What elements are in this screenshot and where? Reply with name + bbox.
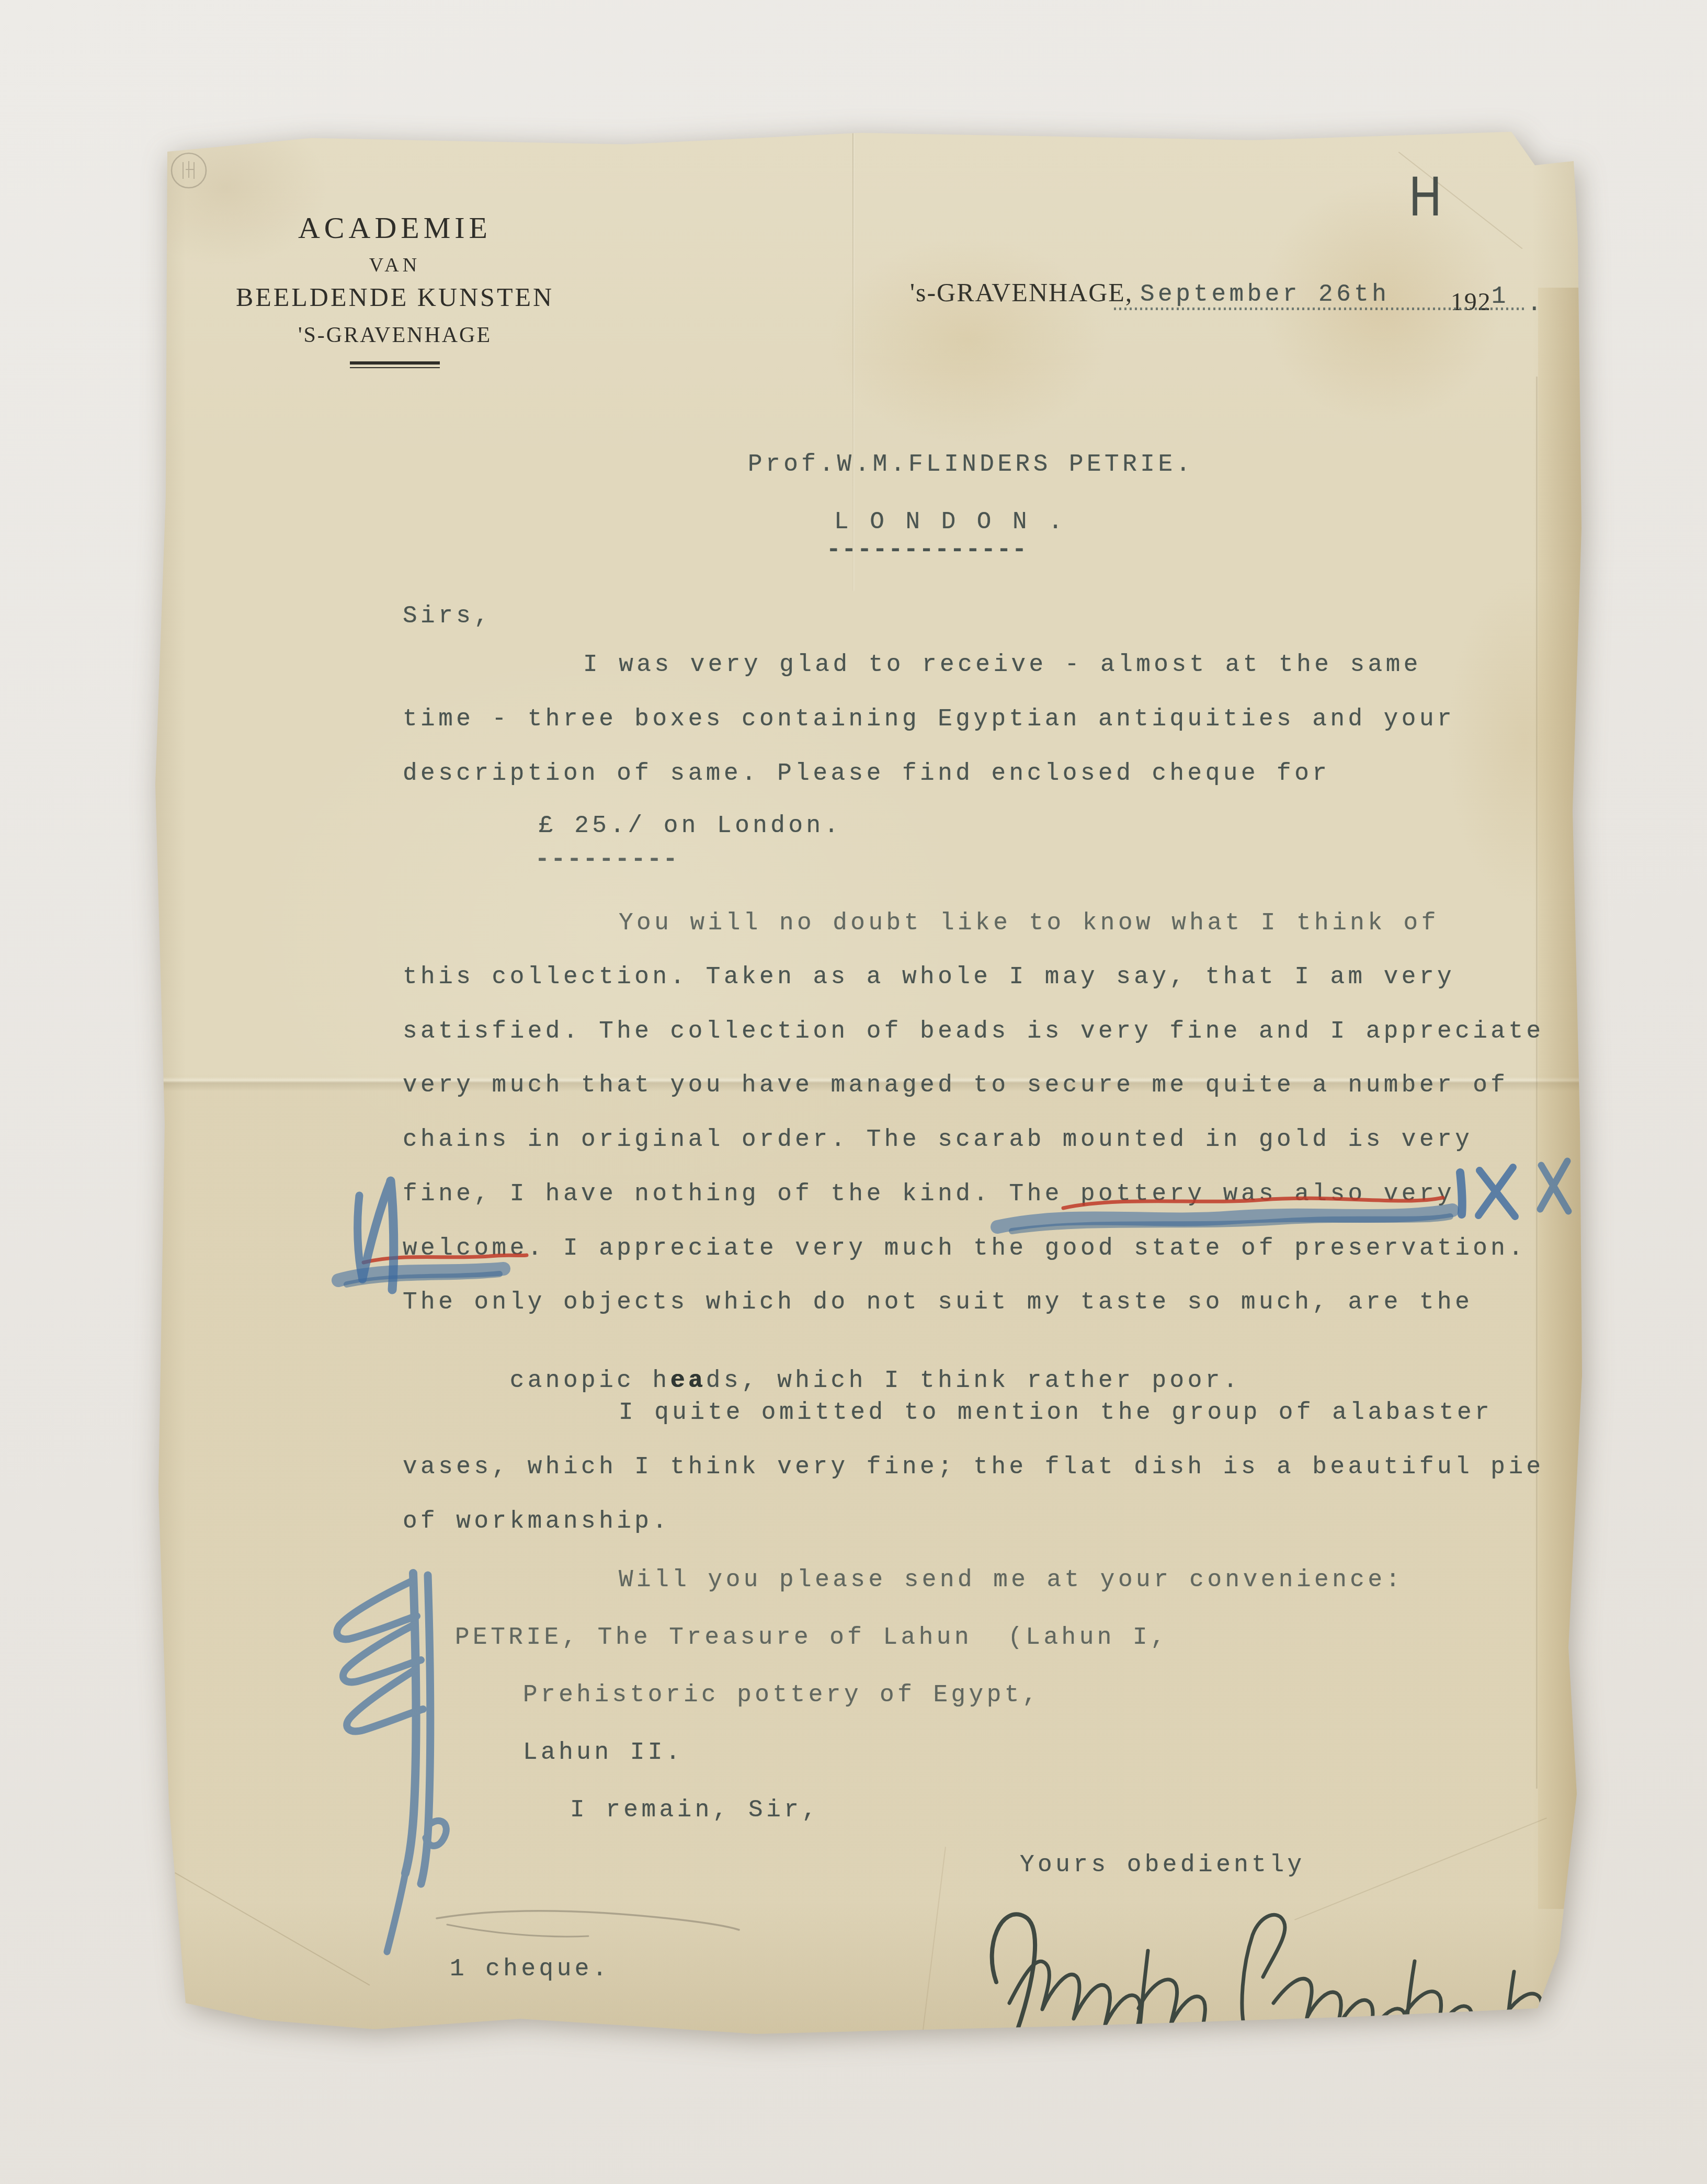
body-line: fine, I have nothing of the kind. The po…	[403, 1182, 1455, 1206]
handwritten-corner-letter: H	[1408, 167, 1442, 229]
body-line: description of same. Please find enclose…	[403, 761, 1330, 786]
body-line-part: ds, which I think rather poor.	[706, 1367, 1241, 1394]
crayon-underline-pottery	[997, 1210, 1452, 1227]
bottom-center-crease	[922, 1847, 946, 2034]
crayon-underline-pottery-pass2	[1012, 1216, 1450, 1231]
body-line: very much that you have managed to secur…	[403, 1073, 1508, 1097]
body-line: vases, which I think very fine; the flat…	[403, 1455, 1544, 1479]
crayon-tally-marks	[1460, 1161, 1568, 1216]
body-line: I quite omitted to mention the group of …	[619, 1401, 1493, 1425]
crayon-scribble	[337, 1573, 446, 1952]
body-line: Prehistoric pottery of Egypt,	[523, 1683, 1040, 1707]
body-line-amount: £ 25./ on London.	[539, 814, 842, 838]
recipient-name: Prof.W.M.FLINDERS PETRIE.	[748, 452, 1194, 476]
paper-sheet: ACADEMIE VAN BEELDENDE KUNSTEN 'S-GRAVEN…	[154, 131, 1582, 2034]
crayon-margin-mark	[358, 1181, 394, 1290]
body-line: Lahun II.	[523, 1741, 684, 1765]
body-line: welcome. I appreciate very much the good…	[403, 1236, 1527, 1260]
body-line: PETRIE, The Treasure of Lahun (Lahun I,	[455, 1625, 1168, 1650]
body-line: this collection. Taken as a whole I may …	[403, 965, 1455, 989]
dateline-typed-date: September 26th	[1140, 282, 1390, 306]
pencil-circled-mark	[172, 153, 206, 188]
signature	[992, 1914, 1545, 2034]
body-line-part: canopic h	[510, 1367, 670, 1394]
crayon-underline-welcome	[338, 1269, 504, 1280]
bottom-left-crease	[175, 1872, 370, 1986]
letterhead-beeldende-kunsten: BEELDENDE KUNSTEN	[212, 282, 578, 312]
body-line: of workmanship.	[403, 1509, 670, 1533]
closing: Yours obediently	[1020, 1853, 1305, 1877]
letterhead-van: VAN	[212, 254, 578, 277]
dateline-year: 1921 .	[1437, 278, 1545, 326]
body-line: satisfied. The collection of beads is ve…	[403, 1019, 1544, 1043]
recipient-city: L O N D O N .	[834, 510, 1066, 534]
dateline-typed-year-digit: 1	[1492, 283, 1509, 310]
dateline-period: .	[1509, 290, 1545, 317]
amount-underline: ---------	[535, 847, 679, 871]
body-line: chains in original order. The scarab mou…	[403, 1128, 1473, 1152]
dateline-printed-year: 192	[1451, 288, 1492, 316]
bottom-right-crease	[1294, 1817, 1547, 1920]
body-line: I was very glad to receive - almost at t…	[583, 653, 1421, 677]
letterhead: ACADEMIE VAN BEELDENDE KUNSTEN 'S-GRAVEN…	[212, 210, 578, 368]
scan-background: { "letterhead": { "line1": "ACADEMIE", "…	[0, 0, 1707, 2184]
body-line: The only objects which do not suit my ta…	[403, 1290, 1473, 1314]
right-edge-crease	[1536, 377, 1538, 1789]
body-line: I remain, Sir,	[570, 1798, 820, 1822]
dateline-place: 's-GRAVENHAGE,	[910, 277, 1133, 308]
salutation: Sirs,	[403, 604, 492, 628]
right-edge-strip	[1538, 288, 1582, 1909]
pencil-swoosh	[437, 1911, 739, 1937]
overstruck-letters: ea	[670, 1367, 706, 1394]
body-line: Will you please send me at your convenie…	[619, 1568, 1404, 1592]
body-line: You will no doubt like to know what I th…	[619, 911, 1439, 935]
letterhead-city: 'S-GRAVENHAGE	[212, 323, 578, 348]
enclosure-note: 1 cheque.	[450, 1957, 610, 1981]
recipient-rule: -------------	[826, 538, 1028, 562]
letterhead-academie: ACADEMIE	[212, 210, 578, 245]
letterhead-rule	[350, 361, 440, 368]
crayon-underline-welcome-pass2	[347, 1274, 499, 1284]
dateline-dotted-rule	[1114, 308, 1527, 310]
body-line: time - three boxes containing Egyptian a…	[403, 707, 1455, 731]
letter-page: ACADEMIE VAN BEELDENDE KUNSTEN 'S-GRAVEN…	[154, 131, 1582, 2034]
